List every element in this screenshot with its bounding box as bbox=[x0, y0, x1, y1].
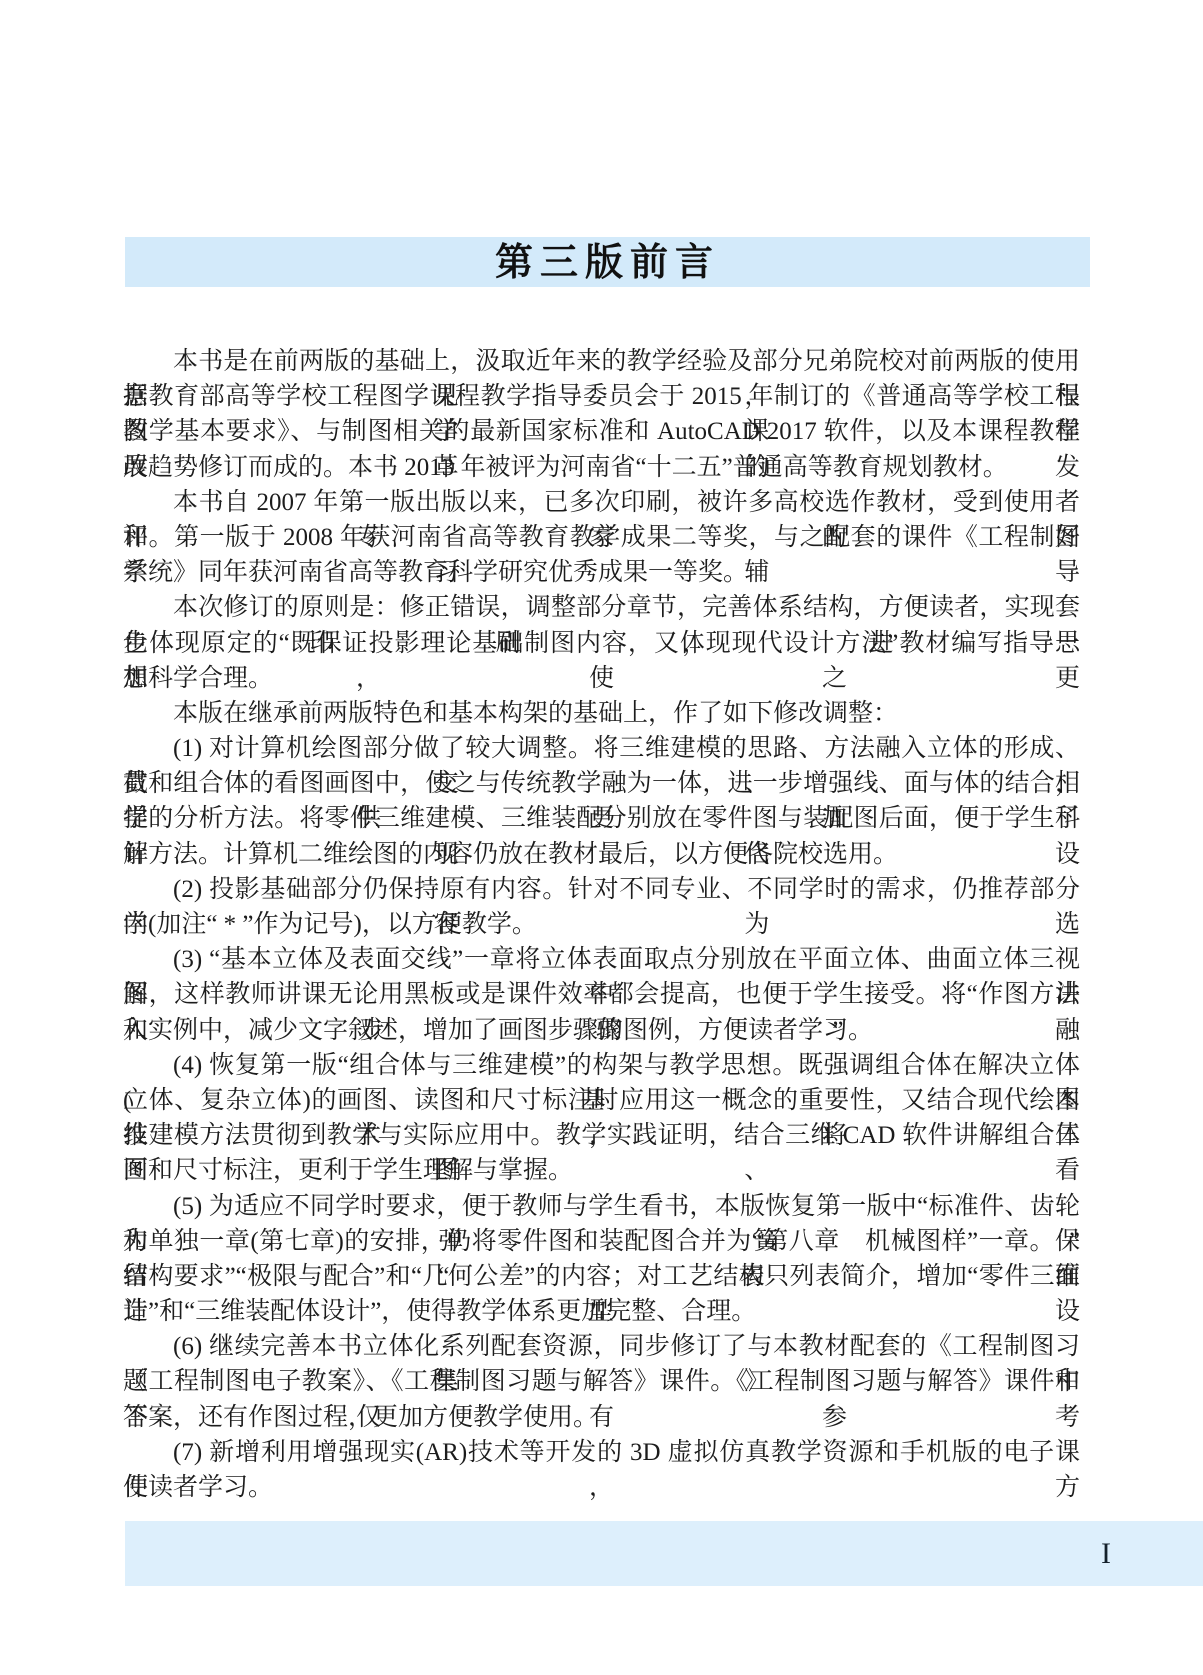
text-line: 据教育部高等学校工程图学课程教学指导委员会于 2015 年制订的《普通高等学校工… bbox=[123, 379, 1080, 414]
text-line: 维建模方法贯彻到教学与实际应用中。教学实践证明，结合三维 CAD 软件讲解组合体… bbox=[123, 1118, 1080, 1153]
page-title: 第三版前言 bbox=[495, 244, 720, 282]
text-line: (7) 新增利用增强现实(AR)技术等开发的 3D 虚拟仿真教学资源和手机版的电… bbox=[123, 1435, 1080, 1470]
text-line: 立体、复杂立体)的画图、读图和尺寸标注时应用这一概念的重要性，又结合现代绘图技术… bbox=[123, 1083, 1080, 1118]
document-page: 第三版前言 本书是在前两版的基础上，汲取近年来的教学经验及部分兄弟院校对前两版的… bbox=[0, 0, 1203, 1675]
text-line: 学的分析方法。将零件三维建模、三维装配分别放在零件图与装配图后面，便于学生了解现… bbox=[123, 801, 1080, 836]
text-line: (1) 对计算机绘图部分做了较大调整。将三维建模的思路、方法融入立体的形成、截交… bbox=[123, 731, 1080, 766]
text-line: (3) “基本立体及表面交线”一章将立体表面取点分别放在平面立体、曲面立体三视图… bbox=[123, 942, 1080, 977]
text-line: 步体现原定的“既保证投影理论基础制图内容，又体现现代设计方法”教材编写指导思想，… bbox=[123, 626, 1080, 661]
text-line: (5) 为适应不同学时要求，便于教师与学生看书，本版恢复第一版中“标准件、齿轮和… bbox=[123, 1189, 1080, 1224]
text-line: (4) 恢复第一版“组合体与三维建模”的构架与教学思想。既强调组合体在解决立体(… bbox=[123, 1048, 1080, 1083]
text-line: 本版在继承前两版特色和基本构架的基础上，作了如下修改调整： bbox=[123, 696, 1080, 731]
body-text: 本书是在前两版的基础上，汲取近年来的教学经验及部分兄弟院校对前两版的使用意见，根… bbox=[123, 344, 1080, 1505]
text-line: (2) 投影基础部分仍保持原有内容。针对不同专业、不同学时的需求，仍推荐部分内容… bbox=[123, 872, 1080, 907]
title-band: 第三版前言 bbox=[125, 237, 1090, 287]
text-line: 本次修订的原则是：修正错误，调整部分章节，完善体系结构，方便读者，实现套色印刷，… bbox=[123, 590, 1080, 625]
text-line: 结构要求”“极限与配合”和“几何公差”的内容；对工艺结构只列表简介，增加“零件三… bbox=[123, 1259, 1080, 1294]
footer-band: I bbox=[125, 1521, 1203, 1586]
text-line: (6) 继续完善本书立体化系列配套资源，同步修订了与本教材配套的《工程制图习题集… bbox=[123, 1329, 1080, 1364]
text-line: 本书是在前两版的基础上，汲取近年来的教学经验及部分兄弟院校对前两版的使用意见，根 bbox=[123, 344, 1080, 379]
text-line: 教学基本要求》、与制图相关的最新国家标准和 AutoCAD 2017 软件，以及… bbox=[123, 414, 1080, 449]
text-line: 本书自 2007 年第一版出版以来，已多次印刷，被许多高校选作教材，受到使用者和… bbox=[123, 485, 1080, 520]
text-line: 评。第一版于 2008 年获河南省高等教育教学成果二等奖，与之配套的课件《工程制… bbox=[123, 520, 1080, 555]
text-line: 解，这样教师讲课无论用黑板或是课件效率都会提高，也便于学生接受。将“作图方法和步… bbox=[123, 977, 1080, 1012]
text-line: 贯和组合体的看图画图中，使之与传统教学融为一体，进一步增强线、面与体的结合，提供… bbox=[123, 766, 1080, 801]
text-line: 为单独一章(第七章)的安排，仍将零件图和装配图合并为“第八章 机械图样”一章。保… bbox=[123, 1224, 1080, 1259]
page-number: I bbox=[1101, 1539, 1111, 1569]
text-line: 展趋势修订而成的。本书 2013 年被评为河南省“十二五”普通高等教育规划教材。 bbox=[123, 450, 1080, 485]
text-line: 《工程制图电子教案》、《工程制图习题与解答》课件。《工程制图习题与解答》课件中不… bbox=[123, 1364, 1080, 1399]
